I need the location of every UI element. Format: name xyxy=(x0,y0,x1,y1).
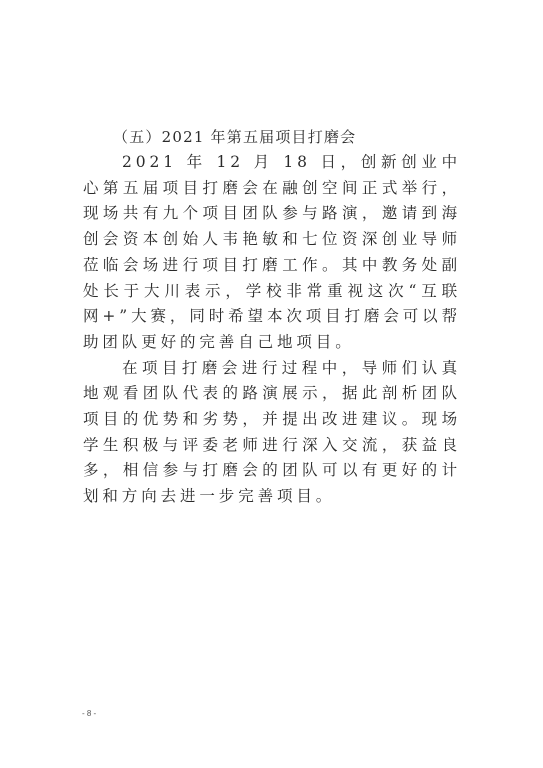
paragraph-1: 2021 年 12 月 18 日，创新创业中心第五届项目打磨会在融创空间正式举行… xyxy=(83,150,461,356)
document-page: （五）2021 年第五届项目打磨会 2021 年 12 月 18 日，创新创业中… xyxy=(0,0,543,768)
section-heading: （五）2021 年第五届项目打磨会 xyxy=(83,124,461,150)
paragraph-2: 在项目打磨会进行过程中，导师们认真地观看团队代表的路演展示，据此剖析团队项目的优… xyxy=(83,356,461,510)
page-number: - 8 - xyxy=(82,709,96,718)
document-body: （五）2021 年第五届项目打磨会 2021 年 12 月 18 日，创新创业中… xyxy=(83,124,461,510)
